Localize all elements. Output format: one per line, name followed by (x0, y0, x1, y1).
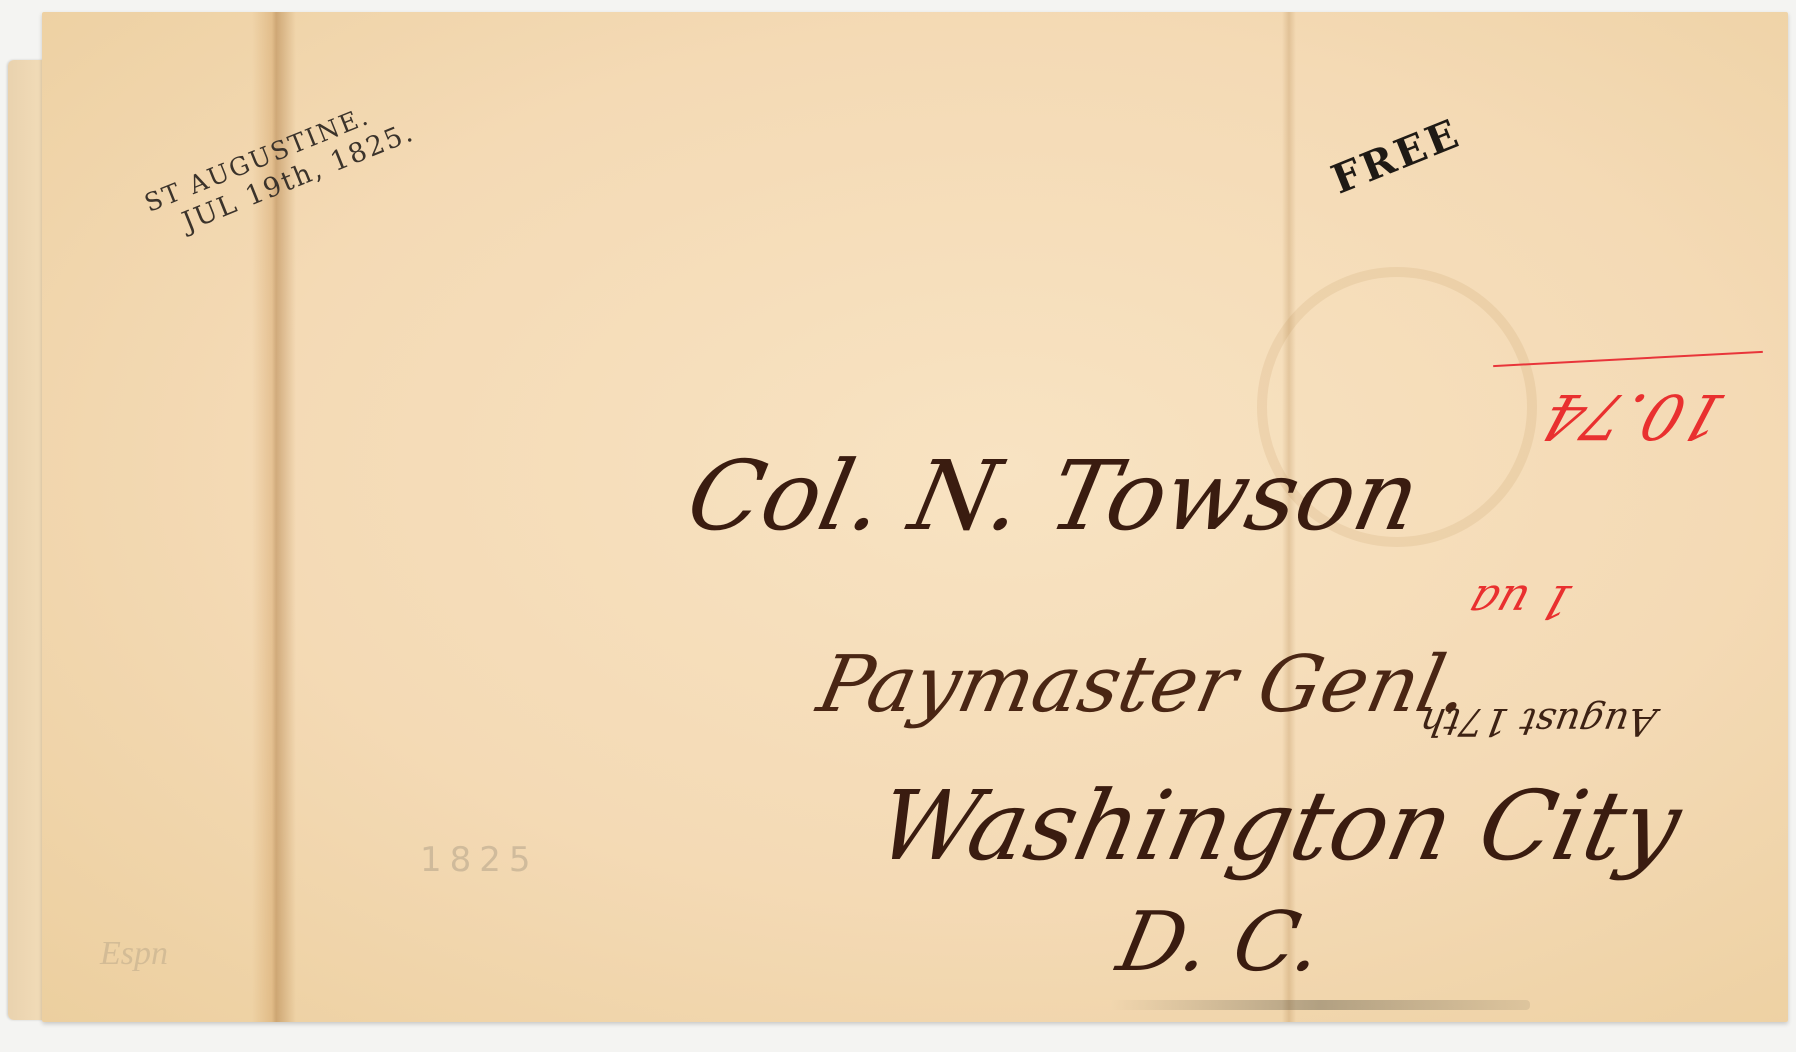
inverted-docket-note: August 17th (1416, 700, 1659, 744)
pencil-faint-note: Espn (100, 935, 168, 973)
red-rate-notation: 10.74 (1533, 380, 1734, 453)
bottom-edge-smudge (1110, 1000, 1530, 1010)
address-district: D. C. (1110, 895, 1331, 990)
address-recipient: Col. N. Towson (678, 440, 1429, 552)
pencil-year-note: 1825 (420, 840, 539, 880)
address-title: Paymaster Genl. (810, 640, 1477, 730)
red-docket-note: 1 ua (1461, 575, 1579, 629)
address-city: Washington City (868, 770, 1690, 882)
